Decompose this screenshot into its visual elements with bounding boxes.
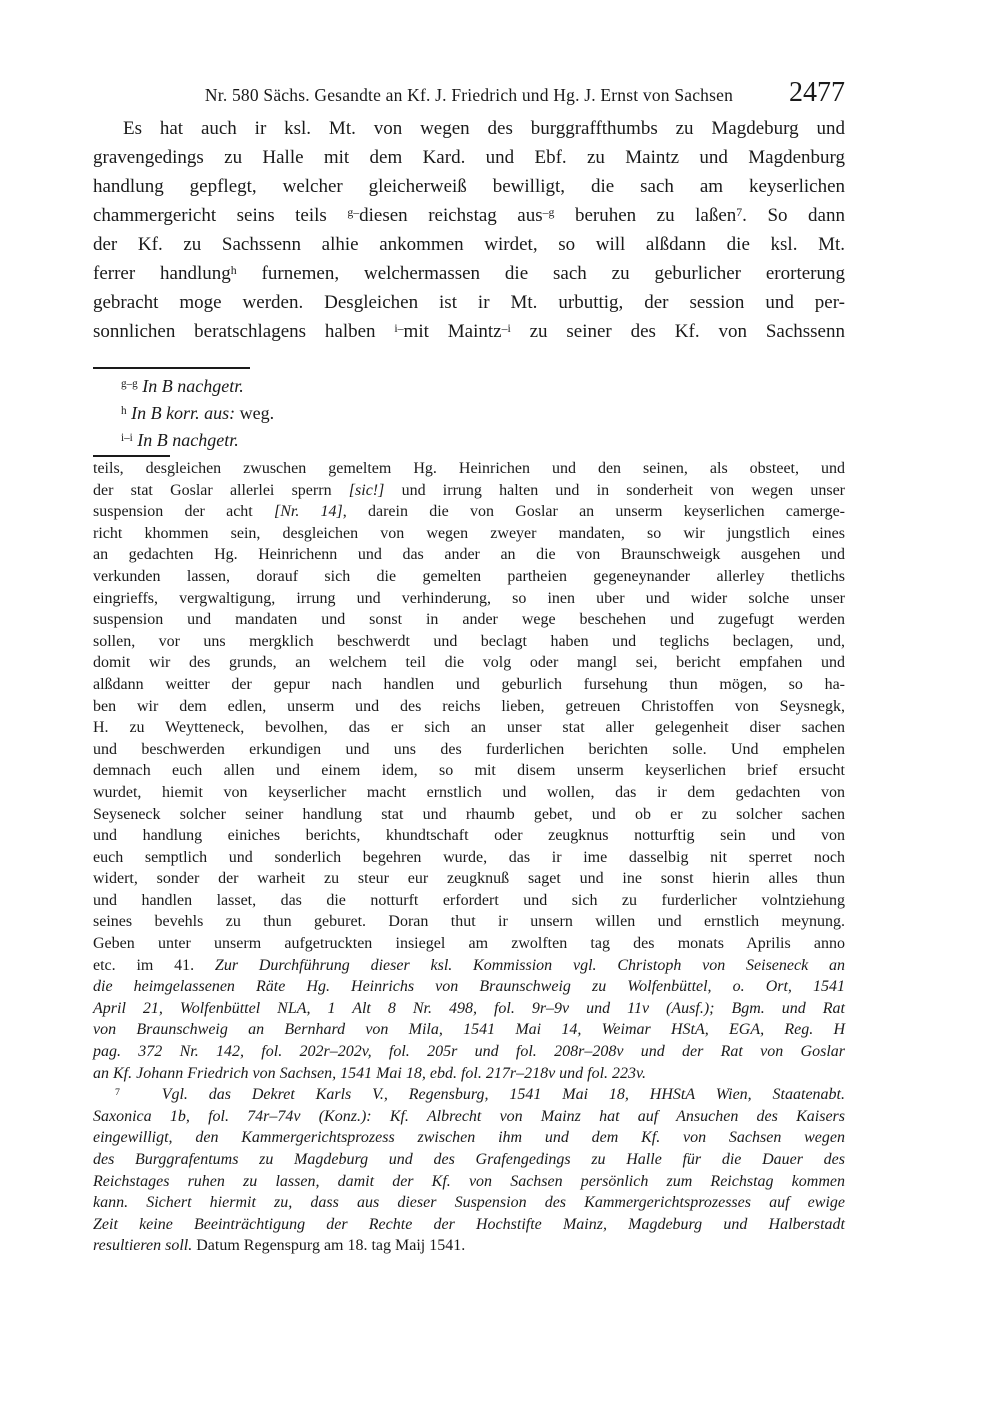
text-segment: beruhen zu laßen: [554, 205, 736, 226]
text-segment: chammergericht seins teils: [93, 205, 347, 226]
note-marker: 7: [115, 1087, 120, 1098]
text-segment: furnemen, welchermassen die sach zu gebu…: [237, 263, 845, 284]
text-line: und beschwerden erkundigen und uns des f…: [93, 739, 845, 761]
text-segment: etc. im 41.: [93, 957, 215, 974]
text-line: teils, desgleichen zwuschen gemeltem Hg.…: [93, 458, 845, 480]
book-page: Nr. 580 Sächs. Gesandte an Kf. J. Friedr…: [0, 0, 1004, 1418]
critical-apparatus: g–g In B nachgetr.h In B korr. aus: weg.…: [93, 367, 845, 454]
text-segment: diesen reichstag aus: [359, 205, 543, 226]
text-segment: In B korr. aus:: [127, 403, 236, 423]
text-segment: widert, sonder der warheit zu steur eur …: [93, 870, 845, 887]
text-segment: seines bevehls zu thun geburet. Doran th…: [93, 913, 845, 930]
text-segment: des Burggrafentums zu Magdeburg und des …: [93, 1151, 845, 1168]
main-text-paragraph: Es hat auch ir ksl. Mt. von wegen des bu…: [93, 114, 845, 346]
text-segment: und handlung einiches berichts, khundtsc…: [93, 827, 845, 844]
text-segment: Zur Durchführung dieser ksl. Kommission …: [215, 957, 845, 974]
footnote-block: teils, desgleichen zwuschen gemeltem Hg.…: [93, 455, 845, 1257]
text-segment: domit wir des grunds, an welchem teil di…: [93, 654, 845, 671]
footnote-separator-rule: [93, 455, 170, 457]
text-segment: und beschwerden erkundigen und uns des f…: [93, 741, 845, 758]
text-segment: suspension und mandaten und sonst in and…: [93, 611, 845, 628]
text-line: domit wir des grunds, an welchem teil di…: [93, 652, 845, 674]
text-segment: Datum Regenspurg am 18. tag Maij 1541.: [192, 1237, 465, 1254]
text-segment: In B nachgetr.: [138, 376, 244, 396]
text-segment: teils, desgleichen zwuschen gemeltem Hg.…: [93, 460, 845, 477]
text-segment: richt khommen sein, desgleichen von wege…: [93, 525, 845, 542]
text-segment: pag. 372 Nr. 142, fol. 202r–202v, fol. 2…: [93, 1043, 845, 1060]
text-line: h In B korr. aus: weg.: [93, 400, 845, 427]
text-line: euch semptlich und sonderlich begehren w…: [93, 847, 845, 869]
text-segment: gravengedings zu Halle mit dem Kard. und…: [93, 147, 845, 168]
text-line: und handlung einiches berichts, khundtsc…: [93, 825, 845, 847]
apparatus-entries: g–g In B nachgetr.h In B korr. aus: weg.…: [93, 373, 845, 454]
note-marker: i–i: [121, 432, 133, 444]
text-segment: handlung gepflegt, welcher gleicherweiß …: [93, 176, 845, 197]
text-line: ben wir dem edlen, unserm und des reichs…: [93, 696, 845, 718]
text-line: widert, sonder der warheit zu steur eur …: [93, 868, 845, 890]
text-line: suspension und mandaten und sonst in and…: [93, 609, 845, 631]
text-line: alßdann weitter der gepur nach handlen u…: [93, 674, 845, 696]
text-segment: zu seiner des Kf. von Sachssenn: [511, 321, 845, 342]
text-line: richt khommen sein, desgleichen von wege…: [93, 523, 845, 545]
text-line: sollen, vor uns mergklich beschwerdt und…: [93, 631, 845, 653]
text-segment: resultieren soll.: [93, 1237, 192, 1254]
text-line: Zeit keine Beeinträchtigung der Rechte d…: [93, 1214, 845, 1236]
running-title: Nr. 580 Sächs. Gesandte an Kf. J. Friedr…: [93, 84, 845, 106]
text-line: sonnlichen beratschlagens halben i–mit M…: [93, 317, 845, 346]
text-segment: [sic!]: [349, 482, 385, 499]
text-line: von Braunschweig an Bernhard von Mila, 1…: [93, 1019, 845, 1041]
text-line: seines bevehls zu thun geburet. Doran th…: [93, 911, 845, 933]
text-line: und handlen lasset, das die notturft erf…: [93, 890, 845, 912]
note-marker: –i: [502, 322, 511, 335]
text-segment: ben wir dem edlen, unserm und des reichs…: [93, 698, 845, 715]
text-segment: weg.: [235, 403, 274, 423]
text-line: an Kf. Johann Friedrich von Sachsen, 154…: [93, 1063, 845, 1085]
text-line: gravengedings zu Halle mit dem Kard. und…: [93, 143, 845, 172]
footnote-lines: teils, desgleichen zwuschen gemeltem Hg.…: [93, 458, 845, 1257]
text-line: H. zu Weytteneck, bevolhen, das er sich …: [93, 717, 845, 739]
text-segment: In B nachgetr.: [133, 430, 239, 450]
text-segment: Vgl. das Dekret Karls V., Regensburg, 15…: [120, 1086, 845, 1103]
text-segment: und irrung halten und in sonderheit von …: [384, 482, 845, 499]
text-line: kann. Sichert hiermit zu, dass aus diese…: [93, 1192, 845, 1214]
note-marker: g–: [347, 206, 359, 219]
text-segment: an gedachten Hg. Heinrichenn und das and…: [93, 546, 845, 563]
text-segment: kann. Sichert hiermit zu, dass aus diese…: [93, 1194, 845, 1211]
text-segment: von Braunschweig an Bernhard von Mila, 1…: [93, 1021, 845, 1038]
text-segment: . So dann: [742, 205, 845, 226]
text-segment: die heimgelassenen Räte Hg. Heinrichs vo…: [93, 978, 845, 995]
text-segment: mit Maintz: [404, 321, 502, 342]
text-line: chammergericht seins teils g–diesen reic…: [93, 201, 845, 230]
page-number: 2477: [789, 78, 845, 108]
text-line: suspension der acht [Nr. 14], darein die…: [93, 501, 845, 523]
text-segment: eingrieffs, vergwaltigung, irrung und ve…: [93, 590, 845, 607]
text-line: 7 Vgl. das Dekret Karls V., Regensburg, …: [93, 1084, 845, 1106]
apparatus-separator-rule: [93, 367, 250, 369]
text-line: April 21, Wolfenbüttel NLA, 1 Alt 8 Nr. …: [93, 998, 845, 1020]
text-line: der stat Goslar allerlei sperrn [sic!] u…: [93, 480, 845, 502]
text-line: Seyseneck solcher seiner handlung stat u…: [93, 804, 845, 826]
text-segment: alßdann weitter der gepur nach handlen u…: [93, 676, 845, 693]
text-line: der Kf. zu Sachssenn alhie ankommen wird…: [93, 230, 845, 259]
note-marker: h: [231, 264, 237, 277]
text-line: etc. im 41. Zur Durchführung dieser ksl.…: [93, 955, 845, 977]
text-line: wurdet, hiemit von keyserlicher macht er…: [93, 782, 845, 804]
running-header: Nr. 580 Sächs. Gesandte an Kf. J. Friedr…: [93, 74, 845, 106]
text-line: eingewilligt, den Kammergerichtsprozess …: [93, 1127, 845, 1149]
text-segment: und handlen lasset, das die notturft erf…: [93, 892, 845, 909]
text-line: gebracht moge werden. Desgleichen ist ir…: [93, 288, 845, 317]
note-marker: h: [121, 405, 127, 417]
text-segment: Es hat auch ir ksl. Mt. von wegen des bu…: [123, 118, 845, 139]
text-line: g–g In B nachgetr.: [93, 373, 845, 400]
text-line: i–i In B nachgetr.: [93, 427, 845, 454]
text-segment: suspension der acht: [93, 503, 274, 520]
text-segment: verkunden lassen, dorauf sich die gemelt…: [93, 568, 845, 585]
text-segment: der stat Goslar allerlei sperrn: [93, 482, 349, 499]
text-segment: sonnlichen beratschlagens halben: [93, 321, 394, 342]
text-segment: sollen, vor uns mergklich beschwerdt und…: [93, 633, 845, 650]
text-segment: Saxonica 1b, fol. 74r–74v (Konz.): Kf. A…: [93, 1108, 845, 1125]
text-segment: , darein die von Goslar an unserm keyser…: [343, 503, 845, 520]
note-marker: 7: [736, 206, 742, 219]
text-line: pag. 372 Nr. 142, fol. 202r–202v, fol. 2…: [93, 1041, 845, 1063]
text-segment: gebracht moge werden. Desgleichen ist ir…: [93, 292, 845, 313]
text-line: demnach euch allen und einem idem, so mi…: [93, 760, 845, 782]
text-segment: Zeit keine Beeinträchtigung der Rechte d…: [93, 1216, 845, 1233]
note-marker: g–g: [121, 378, 138, 390]
note-marker: i–: [394, 322, 403, 335]
text-segment: der Kf. zu Sachssenn alhie ankommen wird…: [93, 234, 845, 255]
text-line: resultieren soll. Datum Regenspurg am 18…: [93, 1235, 845, 1257]
text-line: Geben unter unserm aufgetruckten insiege…: [93, 933, 845, 955]
text-segment: [Nr. 14]: [274, 503, 343, 520]
text-segment: Reichstages ruhen zu lassen, damit der K…: [93, 1173, 845, 1190]
text-segment: Geben unter unserm aufgetruckten insiege…: [93, 935, 845, 952]
text-segment: Seyseneck solcher seiner handlung stat u…: [93, 806, 845, 823]
text-line: eingrieffs, vergwaltigung, irrung und ve…: [93, 588, 845, 610]
note-marker: –g: [543, 206, 555, 219]
text-segment: H. zu Weytteneck, bevolhen, das er sich …: [93, 719, 845, 736]
text-line: Reichstages ruhen zu lassen, damit der K…: [93, 1171, 845, 1193]
text-line: handlung gepflegt, welcher gleicherweiß …: [93, 172, 845, 201]
text-line: die heimgelassenen Räte Hg. Heinrichs vo…: [93, 976, 845, 998]
text-line: ferrer handlungh furnemen, welchermassen…: [93, 259, 845, 288]
text-line: an gedachten Hg. Heinrichenn und das and…: [93, 544, 845, 566]
text-line: Saxonica 1b, fol. 74r–74v (Konz.): Kf. A…: [93, 1106, 845, 1128]
text-line: verkunden lassen, dorauf sich die gemelt…: [93, 566, 845, 588]
text-segment: ferrer handlung: [93, 263, 231, 284]
text-segment: euch semptlich und sonderlich begehren w…: [93, 849, 845, 866]
text-segment: April 21, Wolfenbüttel NLA, 1 Alt 8 Nr. …: [93, 1000, 845, 1017]
text-segment: demnach euch allen und einem idem, so mi…: [93, 762, 845, 779]
text-segment: an Kf. Johann Friedrich von Sachsen, 154…: [93, 1065, 646, 1082]
text-segment: eingewilligt, den Kammergerichtsprozess …: [93, 1129, 845, 1146]
text-line: Es hat auch ir ksl. Mt. von wegen des bu…: [93, 114, 845, 143]
text-segment: wurdet, hiemit von keyserlicher macht er…: [93, 784, 845, 801]
text-line: des Burggrafentums zu Magdeburg und des …: [93, 1149, 845, 1171]
